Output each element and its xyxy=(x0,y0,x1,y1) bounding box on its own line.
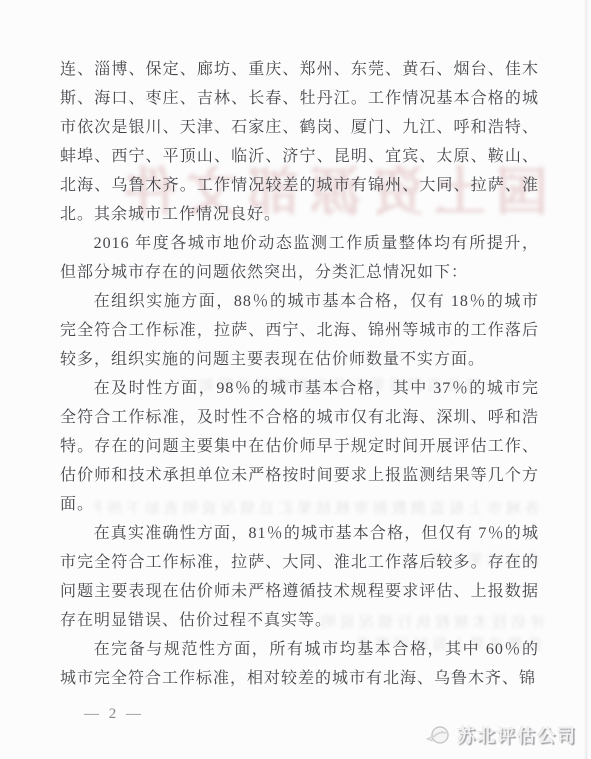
company-watermark-text: 苏北评估公司 xyxy=(457,722,577,748)
paragraph: 2016 年度各城市地价动态监测工作质量整体均有所提升，但部分城市存在的问题依然… xyxy=(60,229,539,287)
company-logo-icon xyxy=(425,723,451,747)
page-number: — 2 — xyxy=(84,706,144,723)
document-page: 国土资源部文件 地价监测成果汇总审核情况说明如下 各城市上报监测数据审核结果汇总… xyxy=(0,0,591,759)
document-body: 连、淄博、保定、廊坊、重庆、郑州、东莞、黄石、烟台、佳木斯、海口、枣庄、吉林、长… xyxy=(60,55,539,693)
paragraph: 在及时性方面，98％的城市基本合格，其中 37％的城市完全符合工作标准，及时性不… xyxy=(60,374,539,519)
paragraph: 连、淄博、保定、廊坊、重庆、郑州、东莞、黄石、烟台、佳木斯、海口、枣庄、吉林、长… xyxy=(60,55,539,229)
paragraph: 在真实准确性方面，81％的城市基本合格，但仅有 7％的城市完全符合工作标准，拉萨… xyxy=(60,519,539,635)
scan-edge-line xyxy=(584,0,588,759)
paragraph: 在完备与规范性方面，所有城市均基本合格，其中 60％的城市完全符合工作标准，相对… xyxy=(60,635,539,693)
company-watermark: 苏北评估公司 xyxy=(425,722,577,748)
paragraph: 在组织实施方面，88％的城市基本合格，仅有 18％的城市完全符合工作标准，拉萨、… xyxy=(60,287,539,374)
